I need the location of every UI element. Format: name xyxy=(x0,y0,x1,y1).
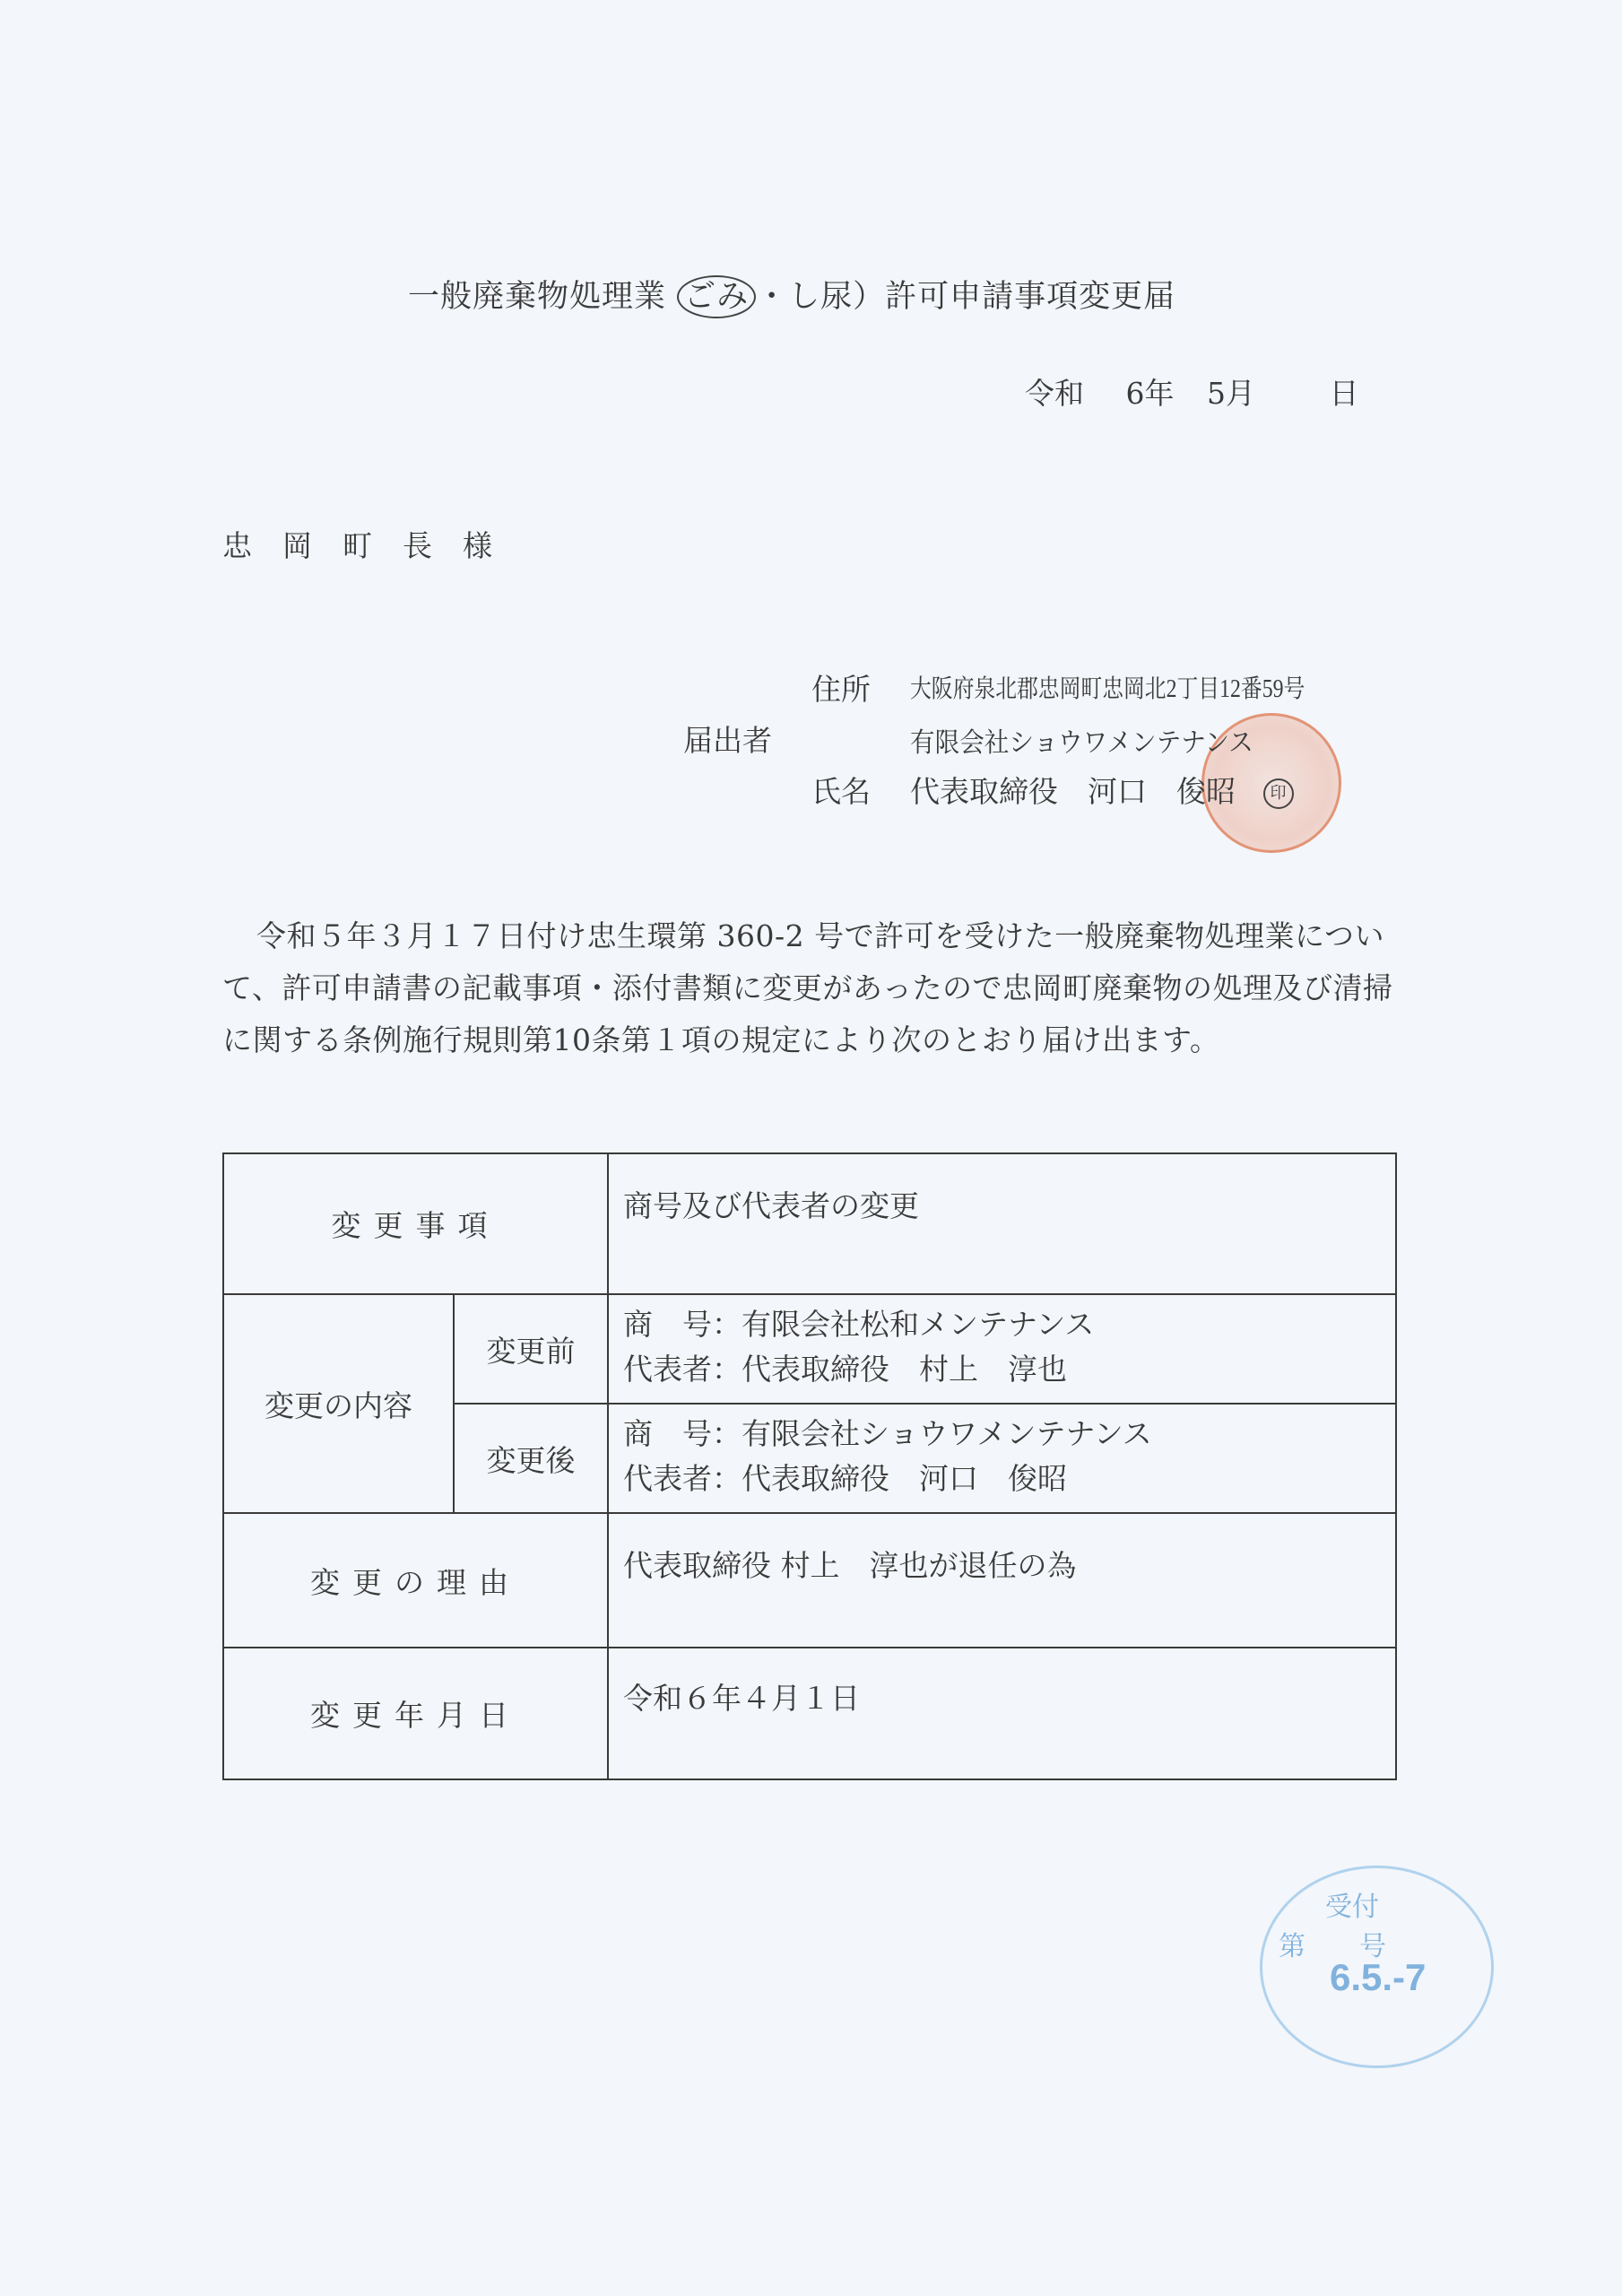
table-row-before: 変更の内容 変更前 商 号：有限会社松和メンテナンス 代表者：代表取締役 村上 … xyxy=(223,1294,1396,1404)
received-date-stamp: 受付 第 号 6.5.-7 xyxy=(1260,1865,1494,2068)
title-prefix: 一般廃棄物処理業 xyxy=(408,279,666,315)
submission-date: 令和 6年 5月 日 xyxy=(1025,370,1359,413)
body-paragraph: 令和５年３月１７日付け忠生環第 360-2 号で許可を受けた一般廃棄物処理業につ… xyxy=(222,910,1397,1066)
reason-label: 変更の理由 xyxy=(223,1513,608,1648)
applicant-name-text: 代表取締役 河口 俊昭 xyxy=(910,774,1236,809)
table-row-date: 変更年月日 令和６年４月１日 xyxy=(223,1648,1396,1779)
document-title: 一般廃棄物処理業 ごみ・し尿）許可申請事項変更届 xyxy=(408,272,1175,318)
before-value: 商 号：有限会社松和メンテナンス 代表者：代表取締役 村上 淳也 xyxy=(608,1294,1396,1404)
table-row-reason: 変更の理由 代表取締役 村上 淳也が退任の為 xyxy=(223,1513,1396,1648)
change-date-value: 令和６年４月１日 xyxy=(608,1648,1396,1779)
address-label: 住所 xyxy=(811,666,871,709)
change-item-label: 変更事項 xyxy=(223,1153,608,1294)
title-rest: ・し尿）許可申請事項変更届 xyxy=(756,279,1175,315)
reason-value: 代表取締役 村上 淳也が退任の為 xyxy=(608,1513,1396,1648)
stamp-date-text: 6.5.-7 xyxy=(1330,1956,1426,1999)
seal-mark-icon: 印 xyxy=(1263,778,1294,809)
before-trade-name: 商 号：有限会社松和メンテナンス xyxy=(623,1302,1395,1347)
content-label: 変更の内容 xyxy=(223,1294,454,1513)
change-date-label: 変更年月日 xyxy=(223,1648,608,1779)
date-year: 6年 xyxy=(1126,370,1175,413)
applicant-label: 届出者 xyxy=(683,717,772,760)
after-value: 商 号：有限会社ショウワメンテナンス 代表者：代表取締役 河口 俊昭 xyxy=(608,1404,1396,1513)
name-label: 氏名 xyxy=(811,769,871,811)
before-representative: 代表者：代表取締役 村上 淳也 xyxy=(623,1347,1395,1392)
after-trade-name: 商 号：有限会社ショウワメンテナンス xyxy=(623,1412,1395,1457)
date-day: 日 xyxy=(1330,370,1359,413)
applicant-company: 有限会社ショウワメンテナンス xyxy=(910,720,1253,760)
table-row-change-item: 変更事項 商号及び代表者の変更 xyxy=(223,1153,1396,1294)
after-representative: 代表者：代表取締役 河口 俊昭 xyxy=(623,1457,1395,1501)
applicant-name: 代表取締役 河口 俊昭 印 xyxy=(910,769,1294,811)
title-circled-option: ごみ xyxy=(677,275,756,318)
date-era: 令和 xyxy=(1025,370,1084,413)
addressee: 忠岡町長様 xyxy=(222,523,523,565)
change-details-table: 変更事項 商号及び代表者の変更 変更の内容 変更前 商 号：有限会社松和メンテナ… xyxy=(222,1152,1397,1780)
stamp-received-text: 受付 xyxy=(1325,1884,1379,1924)
after-label: 変更後 xyxy=(454,1404,608,1513)
applicant-address: 大阪府泉北郡忠岡町忠岡北2丁目12番59号 xyxy=(910,669,1305,705)
before-label: 変更前 xyxy=(454,1294,608,1404)
change-item-value: 商号及び代表者の変更 xyxy=(608,1153,1396,1294)
date-month: 5月 xyxy=(1207,370,1255,413)
